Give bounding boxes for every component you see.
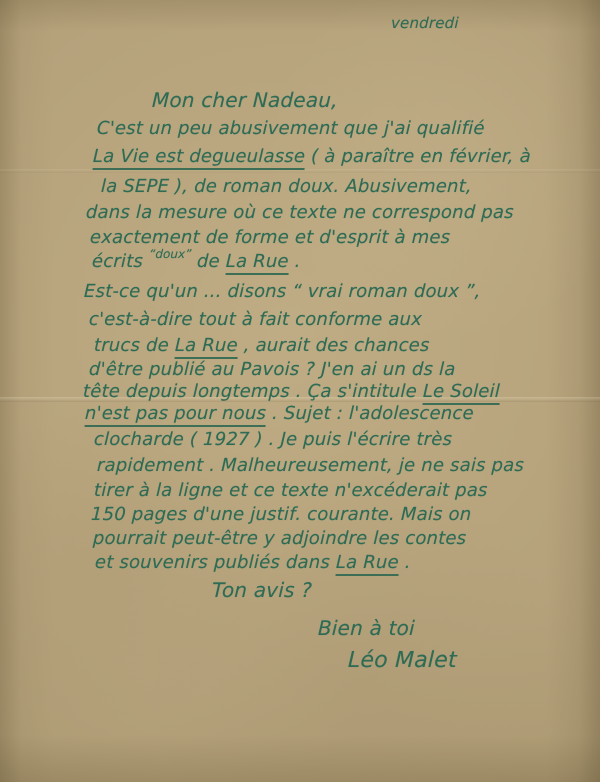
handwritten-text: , aurait des chances — [238, 335, 430, 356]
handwritten-text: exactement de forme et d'esprit à mes — [90, 227, 451, 248]
body-line: C'est un peu abusivement que j'ai qualif… — [97, 118, 485, 139]
handwritten-text: . Sujet : l'adolescence — [266, 403, 474, 424]
handwritten-text: vendredi — [391, 14, 459, 32]
handwritten-text: . — [288, 251, 301, 272]
handwritten-text: d'être publié au Pavois ? J'en ai un ds … — [89, 359, 456, 380]
handwritten-text: Léo Malet — [348, 648, 458, 673]
underlined-text: La Rue — [225, 251, 289, 275]
inserted-word-above-line: “doux” — [149, 247, 192, 261]
body-line: Est-ce qu'un ... disons “ vrai roman dou… — [84, 281, 481, 302]
body-line: tirer à la ligne et ce texte n'excéderai… — [94, 480, 488, 501]
handwritten-text: Mon cher Nadeau, — [152, 88, 339, 112]
salutation: Mon cher Nadeau, — [152, 88, 339, 112]
body-line: écrits “doux” de La Rue . — [92, 251, 301, 272]
underlined-text: Le Soleil — [422, 381, 500, 405]
body-line: trucs de La Rue , aurait des chances — [94, 335, 430, 356]
body-line: dans la mesure où ce texte ne correspond… — [86, 202, 515, 223]
handwritten-text: et souvenirs publiés dans — [95, 552, 337, 573]
handwritten-text: tirer à la ligne et ce texte n'excéderai… — [94, 480, 488, 501]
handwritten-text: trucs de — [94, 335, 176, 356]
dateline: vendredi — [391, 14, 459, 32]
body-line: La Vie est degueulasse ( à paraître en f… — [93, 146, 532, 167]
underlined-text: La Rue — [335, 552, 399, 576]
body-line: clocharde ( 1927 ) . Je puis l'écrire tr… — [94, 429, 453, 450]
body-line: tête depuis longtemps . Ça s'intitule Le… — [83, 381, 501, 402]
handwritten-text: Ton avis ? — [212, 578, 313, 602]
handwritten-text: ( à paraître en février, à — [305, 146, 531, 167]
closing: Bien à toi — [318, 616, 416, 640]
handwritten-text: tête depuis longtemps . Ça s'intitule — [83, 381, 424, 402]
handwritten-text: rapidement . Malheureusement, je ne sais… — [97, 455, 525, 476]
body-line: c'est-à-dire tout à fait conforme aux — [89, 309, 423, 330]
body-line: pourrait peut-être y adjoindre les conte… — [93, 528, 467, 549]
underlined-text: n'est pas pour nous — [85, 403, 267, 427]
question: Ton avis ? — [212, 578, 313, 602]
handwritten-text: pourrait peut-être y adjoindre les conte… — [93, 528, 467, 549]
handwritten-text: Bien à toi — [318, 616, 416, 640]
handwritten-text: . — [399, 552, 412, 573]
letter-lines: vendrediMon cher Nadeau,C'est un peu abu… — [0, 0, 600, 782]
handwritten-text: 150 pages d'une justif. courante. Mais o… — [91, 504, 472, 525]
handwritten-text: la SEPE ), de roman doux. Abusivement, — [101, 176, 473, 197]
handwritten-text: Est-ce qu'un ... disons “ vrai roman dou… — [84, 281, 481, 302]
handwritten-text: c'est-à-dire tout à fait conforme aux — [89, 309, 423, 330]
body-line: et souvenirs publiés dans La Rue . — [95, 552, 411, 573]
handwritten-text: écrits — [92, 251, 150, 272]
body-line: rapidement . Malheureusement, je ne sais… — [97, 455, 525, 476]
body-line: d'être publié au Pavois ? J'en ai un ds … — [89, 359, 456, 380]
signature: Léo Malet — [348, 648, 458, 673]
body-line: 150 pages d'une justif. courante. Mais o… — [91, 504, 472, 525]
handwritten-text: C'est un peu abusivement que j'ai qualif… — [97, 118, 485, 139]
letter-paper: vendrediMon cher Nadeau,C'est un peu abu… — [0, 0, 600, 782]
body-line: exactement de forme et d'esprit à mes — [90, 227, 451, 248]
handwritten-text: clocharde ( 1927 ) . Je puis l'écrire tr… — [94, 429, 453, 450]
underlined-text: La Vie est degueulasse — [93, 146, 306, 170]
body-line: n'est pas pour nous . Sujet : l'adolesce… — [85, 403, 475, 424]
body-line: la SEPE ), de roman doux. Abusivement, — [101, 176, 473, 197]
handwritten-text: dans la mesure où ce texte ne correspond… — [86, 202, 515, 223]
underlined-text: La Rue — [174, 335, 238, 359]
handwritten-text: de — [191, 251, 226, 272]
